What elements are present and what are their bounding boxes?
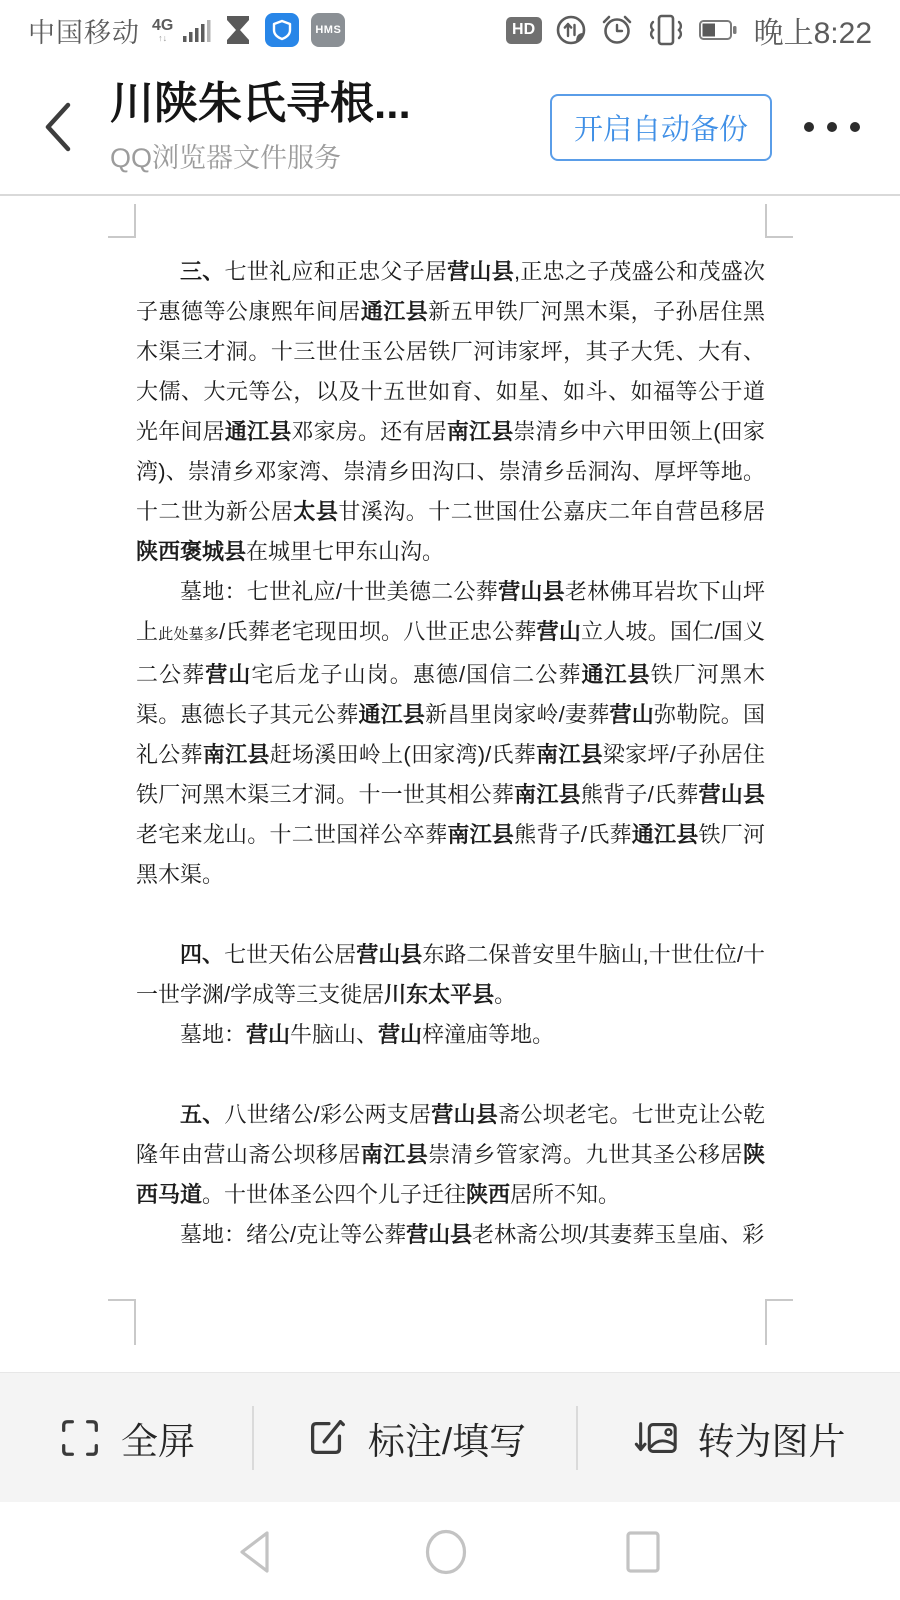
doc-text-bold: 营山县 (447, 259, 514, 284)
doc-text-bold: 三、 (180, 259, 225, 284)
toolbar-label: 转为图片 (698, 1411, 846, 1465)
doc-text: 墓地：七世礼应/十世美德二公葬 (180, 579, 498, 604)
page-corner-mark (765, 204, 793, 238)
doc-text: 墓地：绪公/克让等公葬 (180, 1222, 406, 1247)
shield-app-icon (265, 13, 299, 47)
doc-text-bold: 营山 (246, 1022, 290, 1047)
document-viewport[interactable]: 三、七世礼应和正忠父子居营山县,正忠之子茂盛公和茂盛次子惠德等公康熙年间居通江县… (0, 196, 900, 1372)
doc-text: 崇清乡管家湾。九世其圣公移居 (428, 1142, 743, 1167)
page-corner-mark (108, 1299, 136, 1345)
doc-text: 老宅来龙山。十二世国祥公卒葬 (136, 822, 447, 847)
status-bar: 中国移动 4G ↑↓ HMS HD (0, 0, 900, 60)
doc-text-bold: 营山 (205, 662, 251, 687)
doc-text: 熊背子/氏葬 (581, 782, 699, 807)
doc-text: 七世天佑公居 (224, 942, 356, 967)
doc-text-bold: 南江县 (203, 742, 270, 767)
doc-text: 。十世体圣公四个儿子迁往 (202, 1182, 466, 1207)
doc-text: 八世绪公/彩公两支居 (225, 1102, 432, 1127)
carrier-label: 中国移动 (28, 11, 140, 50)
doc-text-bold: 南江县 (447, 822, 514, 847)
vibrate-icon (646, 13, 686, 47)
doc-paragraph: 四、七世天佑公居营山县东路二保普安里牛脑山,十世仕位/十一世学渊/学成等三支徙居… (136, 935, 765, 1015)
hourglass-icon (223, 14, 253, 46)
signal-icon: 4G ↑↓ (152, 18, 173, 43)
doc-text: 墓地： (180, 1022, 246, 1047)
doc-text-bold: 营山 (537, 619, 581, 644)
doc-text: 牛脑山、 (290, 1022, 378, 1047)
doc-text-bold: 太县 (293, 499, 338, 524)
doc-text: 七世礼应和正忠父子居 (225, 259, 448, 284)
doc-text: 梓潼庙等地。 (422, 1022, 554, 1047)
doc-text-small: 此处墓多 (158, 626, 219, 643)
recents-square-icon[interactable] (623, 1528, 663, 1576)
doc-text-bold: 通江县 (358, 702, 425, 727)
doc-paragraph: 墓地：七世礼应/十世美德二公葬营山县老林佛耳岩坎下山坪上此处墓多/氏葬老宅现田坝… (136, 572, 765, 895)
doc-text-bold: 陕西褒城县 (136, 539, 246, 564)
doc-text: 邓家房。还有居 (291, 419, 446, 444)
doc-text-bold: 陕西 (466, 1182, 510, 1207)
to-image-icon (632, 1415, 680, 1461)
doc-text: 居所不知。 (510, 1182, 620, 1207)
doc-text-bold: 通江县 (632, 822, 699, 847)
system-nav-bar (0, 1502, 900, 1599)
back-chevron-icon (40, 97, 76, 157)
to-image-button[interactable]: 转为图片 (578, 1373, 899, 1502)
doc-text: 赶场溪田岭上(田家湾)/氏葬 (270, 742, 536, 767)
doc-text-bold: 南江县 (536, 742, 603, 767)
page-corner-mark (765, 1299, 793, 1345)
doc-paragraph: 三、七世礼应和正忠父子居营山县,正忠之子茂盛公和茂盛次子惠德等公康熙年间居通江县… (136, 252, 765, 572)
battery-icon (698, 14, 738, 46)
doc-text-bold: 营山县 (431, 1102, 498, 1127)
doc-text-bold: 川东太平县 (384, 982, 494, 1007)
doc-text-bold: 四、 (180, 942, 224, 967)
doc-text: 。 (494, 982, 516, 1007)
doc-paragraph: 墓地：绪公/克让等公葬营山县老林斋公坝/其妻葬玉皇庙、彩 (136, 1215, 765, 1255)
bottom-toolbar: 全屏 标注/填写 转为图片 (0, 1372, 900, 1502)
doc-text: 甘溪沟。十二世国仕公嘉庆二年自营邑移居 (338, 499, 765, 524)
fullscreen-icon (57, 1415, 103, 1461)
document-body: 三、七世礼应和正忠父子居营山县,正忠之子茂盛公和茂盛次子惠德等公康熙年间居通江县… (136, 252, 765, 1255)
more-menu-button[interactable] (800, 112, 864, 142)
toolbar-label: 全屏 (121, 1411, 195, 1465)
page-title: 川陕朱氏寻根... (110, 79, 550, 130)
doc-text-bold: 通江县 (225, 419, 292, 444)
doc-text-bold: 南江县 (361, 1142, 428, 1167)
auto-backup-button[interactable]: 开启自动备份 (550, 94, 772, 161)
signal-bars-icon (181, 15, 211, 45)
doc-text-bold: 通江县 (581, 662, 650, 687)
alarm-icon (600, 13, 634, 47)
doc-text-bold: 南江县 (514, 782, 581, 807)
dot-icon (850, 122, 860, 132)
doc-text-bold: 南江县 (447, 419, 514, 444)
file-header: 川陕朱氏寻根... QQ浏览器文件服务 开启自动备份 (0, 60, 900, 196)
doc-text-bold: 营山 (378, 1022, 422, 1047)
clock-label: 晚上8:22 (754, 8, 872, 52)
page-subtitle: QQ浏览器文件服务 (110, 136, 550, 175)
page-corner-mark (108, 204, 136, 238)
doc-text: 在城里七甲东山沟。 (246, 539, 444, 564)
hd-icon: HD (506, 17, 542, 44)
toolbar-label: 标注/填写 (368, 1411, 526, 1465)
dot-icon (804, 122, 814, 132)
hms-icon: HMS (311, 13, 345, 47)
home-circle-icon[interactable] (422, 1528, 470, 1576)
doc-text-bold: 通江县 (361, 299, 428, 324)
doc-text-bold: 营山县 (498, 579, 565, 604)
title-block: 川陕朱氏寻根... QQ浏览器文件服务 (96, 79, 550, 175)
back-button[interactable] (40, 92, 96, 162)
doc-text: 熊背子/氏葬 (514, 822, 632, 847)
data-saver-icon (554, 13, 588, 47)
doc-text-bold: 营山县 (406, 1222, 472, 1247)
dot-icon (827, 122, 837, 132)
doc-text-bold: 营山县 (356, 942, 422, 967)
annotate-icon (304, 1415, 350, 1461)
annotate-button[interactable]: 标注/填写 (254, 1373, 576, 1502)
doc-text: 新昌里岗家岭/妻葬 (425, 702, 609, 727)
fullscreen-button[interactable]: 全屏 (0, 1373, 252, 1502)
doc-paragraph: 五、八世绪公/彩公两支居营山县斋公坝老宅。七世克让公乾隆年由营山斋公坝移居南江县… (136, 1095, 765, 1215)
doc-text: /氏葬老宅现田坝。八世正忠公葬 (219, 619, 536, 644)
doc-text: 老林斋公坝/其妻葬玉皇庙、彩 (472, 1222, 764, 1247)
doc-text-bold: 营山 (609, 702, 654, 727)
doc-text: 宅后龙子山岗。惠德/国信二公葬 (251, 662, 581, 687)
doc-text-bold: 五、 (180, 1102, 225, 1127)
doc-text-bold: 营山县 (698, 782, 765, 807)
back-triangle-icon[interactable] (233, 1528, 277, 1576)
doc-paragraph: 墓地：营山牛脑山、营山梓潼庙等地。 (136, 1015, 765, 1055)
